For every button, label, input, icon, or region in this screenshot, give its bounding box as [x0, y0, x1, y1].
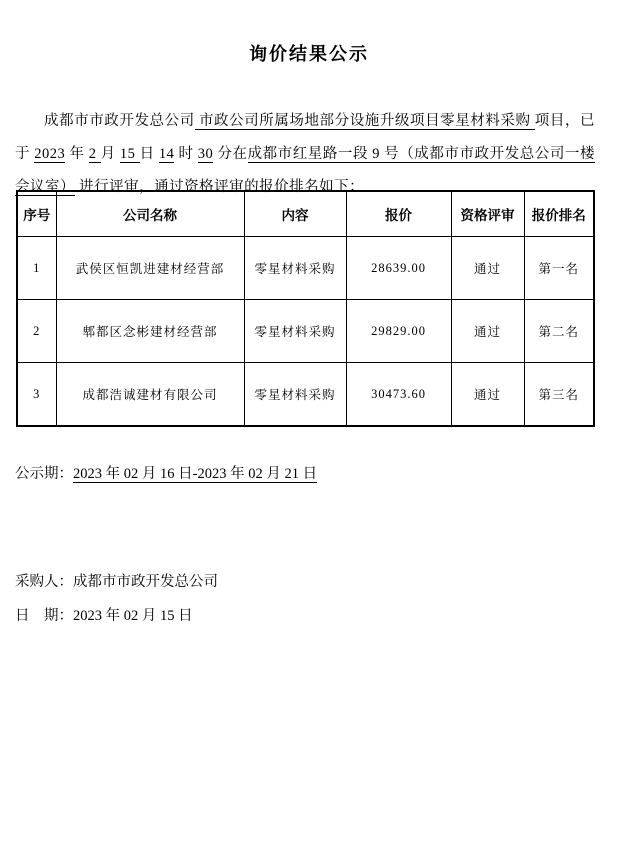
purchaser-label: 采购人： [15, 574, 73, 590]
cell-qualification: 通过 [451, 300, 524, 363]
header-company: 公司名称 [56, 191, 244, 237]
unit-hour: 时 [174, 146, 197, 162]
date-line: 日 期：2023 年 02 月 15 日 [15, 605, 193, 627]
cell-rank: 第一名 [524, 237, 594, 300]
unit-month: 月 [101, 146, 120, 162]
review-minute-underlined: 30 [198, 146, 214, 163]
table-row: 2 郫都区念彬建材经营部 零星材料采购 29829.00 通过 第二名 [17, 300, 594, 363]
cell-rank: 第二名 [524, 300, 594, 363]
cell-rank: 第三名 [524, 363, 594, 427]
cell-content: 零星材料采购 [244, 300, 346, 363]
unit-year: 年 [65, 146, 88, 162]
cell-price: 30473.60 [346, 363, 451, 427]
review-month-underlined: 2 [89, 146, 101, 163]
header-price: 报价 [346, 191, 451, 237]
header-content: 内容 [244, 191, 346, 237]
cell-qualification: 通过 [451, 363, 524, 427]
review-day-underlined: 15 [120, 146, 140, 163]
unit-minute: 分在 [213, 146, 247, 162]
cell-company: 成都浩诚建材有限公司 [56, 363, 244, 427]
cell-company: 武侯区恒凯进建材经营部 [56, 237, 244, 300]
date-label: 日 期： [15, 608, 73, 624]
page-title: 询价结果公示 [0, 40, 618, 66]
cell-company: 郫都区念彬建材经营部 [56, 300, 244, 363]
cell-qualification: 通过 [451, 237, 524, 300]
cell-price: 29829.00 [346, 300, 451, 363]
publicity-period-underlined: 2023 年 02 月 16 日-2023 年 02 月 21 日 [73, 466, 317, 483]
publicity-line: 公示期：2023 年 02 月 16 日-2023 年 02 月 21 日 [15, 463, 317, 485]
purchaser-name: 成都市市政开发总公司 [73, 574, 218, 590]
header-qualification: 资格评审 [451, 191, 524, 237]
cell-seq: 1 [17, 237, 56, 300]
review-hour-underlined: 14 [159, 146, 175, 163]
header-seq: 序号 [17, 191, 56, 237]
results-table: 序号 公司名称 内容 报价 资格评审 报价排名 1 武侯区恒凯进建材经营部 零星… [16, 190, 595, 427]
cell-content: 零星材料采购 [244, 237, 346, 300]
table-header-row: 序号 公司名称 内容 报价 资格评审 报价排名 [17, 191, 594, 237]
cell-content: 零星材料采购 [244, 363, 346, 427]
header-rank: 报价排名 [524, 191, 594, 237]
cell-seq: 2 [17, 300, 56, 363]
intro-paragraph: 成都市市政开发总公司 市政公司所属场地部分设施升级项目零星材料采购 项目，已于 … [15, 105, 595, 204]
purchaser-line: 采购人：成都市市政开发总公司 [15, 571, 218, 593]
table-row: 1 武侯区恒凯进建材经营部 零星材料采购 28639.00 通过 第一名 [17, 237, 594, 300]
review-year-underlined: 2023 [34, 146, 65, 163]
cell-seq: 3 [17, 363, 56, 427]
cell-price: 28639.00 [346, 237, 451, 300]
publicity-label: 公示期： [15, 466, 73, 482]
unit-day: 日 [140, 146, 159, 162]
date-value: 2023 年 02 月 15 日 [73, 608, 193, 624]
project-name-underlined: 市政公司所属场地部分设施升级项目零星材料采购 [195, 113, 535, 130]
table-row: 3 成都浩诚建材有限公司 零星材料采购 30473.60 通过 第三名 [17, 363, 594, 427]
document-page: 询价结果公示 成都市市政开发总公司 市政公司所属场地部分设施升级项目零星材料采购… [0, 0, 618, 843]
intro-purchaser: 成都市市政开发总公司 [44, 113, 195, 129]
